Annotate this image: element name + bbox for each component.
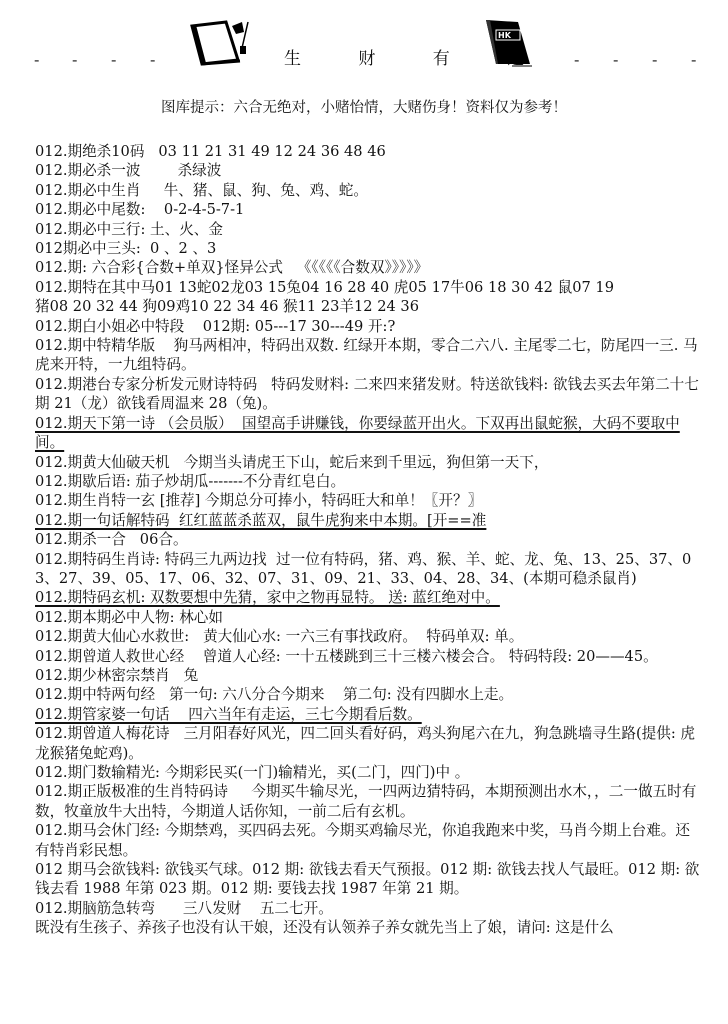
dash-decoration: -	[111, 50, 116, 69]
list-item: 012.期管家婆一句话 四六当年有走运，三七今期看后数。	[35, 705, 703, 724]
dash-decoration: -	[150, 50, 155, 69]
list-item: 012.期特码生肖诗: 特码三九两边找 过一位有特码，猪、鸡、猴、羊、蛇、龙、兔…	[35, 550, 703, 589]
list-item: 012.期黄大仙破天机 今期当头请虎王下山，蛇后来到千里远，狗但第一天下，	[35, 453, 703, 472]
list-item: 012.期脑筋急转弯 三八发财 五二七开。	[35, 899, 703, 918]
list-item: 012.期港台专家分析发元财诗特码 特码发财料: 二来四来猪发财。特送欲钱料: …	[35, 375, 703, 414]
list-item: 012.期杀一合 06合。	[35, 530, 703, 549]
dash-decoration: -	[34, 50, 39, 69]
list-item: 012.期本期必中人物: 林心如	[35, 608, 703, 627]
list-item: 012.期一句话解特码 红红蓝蓝杀蓝双，鼠牛虎狗来中本期。[开==准	[35, 511, 703, 530]
disclaimer-notice: 图库提示：六合无绝对，小赌怡情，大赌伤身！资料仅为参考！	[0, 96, 728, 117]
list-item: 012.期门数输精光: 今期彩民买(一门)输精光，买(二门，四门)中 。	[35, 763, 703, 782]
list-item: 012期必中三头: 0 、2 、3	[35, 239, 703, 258]
list-item: 012.期必中三行: 土、火、金	[35, 220, 703, 239]
list-item: 012.期少林密宗禁肖 兔	[35, 666, 703, 685]
header-banner: - - - - 生 财 有 道 HK - - - -	[0, 0, 728, 80]
list-item: 012.期中特两句经 第一句: 六八分合今期来 第二句: 没有四脚水上走。	[35, 685, 703, 704]
list-item: 012.期曾道人救世心经 曾道人心经: 一十五楼跳到三十三楼六楼会合。 特码特段…	[35, 647, 703, 666]
hk-book-icon: HK	[482, 18, 534, 68]
list-item: 012.期必杀一波 杀绿波	[35, 161, 703, 180]
dash-decoration: -	[613, 50, 618, 69]
list-item: 012.期马会休门经: 今期禁鸡，买四码去死。今期买鸡输尽光，你追我跑来中奖，马…	[35, 821, 703, 860]
list-item: 012.期天下第一诗 （会员版） 国望高手讲赚钱，你要绿蓝开出火。下双再出鼠蛇猴…	[35, 414, 703, 453]
list-item: 012.期特码玄机: 双数要想中先猜，家中之物再显特。 送: 蓝红绝对中。	[35, 588, 703, 607]
list-item: 012.期正版极准的生肖特码诗 今期买牛输尽光，一四两边猜特码，本期预测出水木，…	[35, 782, 703, 821]
dash-decoration: -	[574, 50, 579, 69]
list-item: 012.期绝杀10码 03 11 21 31 49 12 24 36 48 46	[35, 142, 703, 161]
svg-text:HK: HK	[498, 31, 512, 40]
dash-decoration: -	[691, 50, 696, 69]
open-book-icon	[190, 20, 252, 66]
list-item: 012.期白小姐必中特段 012期: 05---17 30---49 开:?	[35, 317, 703, 336]
list-item: 012.期中特精华版 狗马两相冲，特码出双数. 红绿开本期，零合二六八. 主尾零…	[35, 336, 703, 375]
list-item: 012 期马会欲钱料: 欲钱买气球。012 期: 欲钱去看天气预报。012 期:…	[35, 860, 703, 899]
prediction-list: 012.期绝杀10码 03 11 21 31 49 12 24 36 48 46…	[35, 142, 703, 938]
list-item: 既没有生孩子、养孩子也没有认干娘，还没有认领养子养女就先当上了娘，请问: 这是什…	[35, 918, 703, 937]
list-item: 012.期曾道人梅花诗 三月阳春好风光，四二回头看好码，鸡头狗尾六在九，狗急跳墙…	[35, 724, 703, 763]
list-item: 012.期歇后语: 茄子炒胡瓜-------不分青红皂白。	[35, 472, 703, 491]
list-item: 012.期: 六合彩{合数+单双}怪异公式 《《《《《合数双》》》》》	[35, 258, 703, 277]
dash-decoration: -	[652, 50, 657, 69]
list-item: 012.期必中尾数: 0-2-4-5-7-1	[35, 200, 703, 219]
list-item: 猪08 20 32 44 狗09鸡10 22 34 46 猴11 23羊12 2…	[35, 297, 703, 316]
list-item: 012.期特在其中马01 13蛇02龙03 15兔04 16 28 40 虎05…	[35, 278, 703, 297]
list-item: 012.期生肖特一玄 [推荐] 今期总分可捧小，特码旺大和单！〖开？〗	[35, 491, 703, 510]
list-item: 012.期必中生肖 牛、猪、鼠、狗、兔、鸡、蛇。	[35, 181, 703, 200]
list-item: 012.期黄大仙心水救世: 黄大仙心水: 一六三有事找政府。 特码单双: 单。	[35, 627, 703, 646]
dash-decoration: -	[72, 50, 77, 69]
